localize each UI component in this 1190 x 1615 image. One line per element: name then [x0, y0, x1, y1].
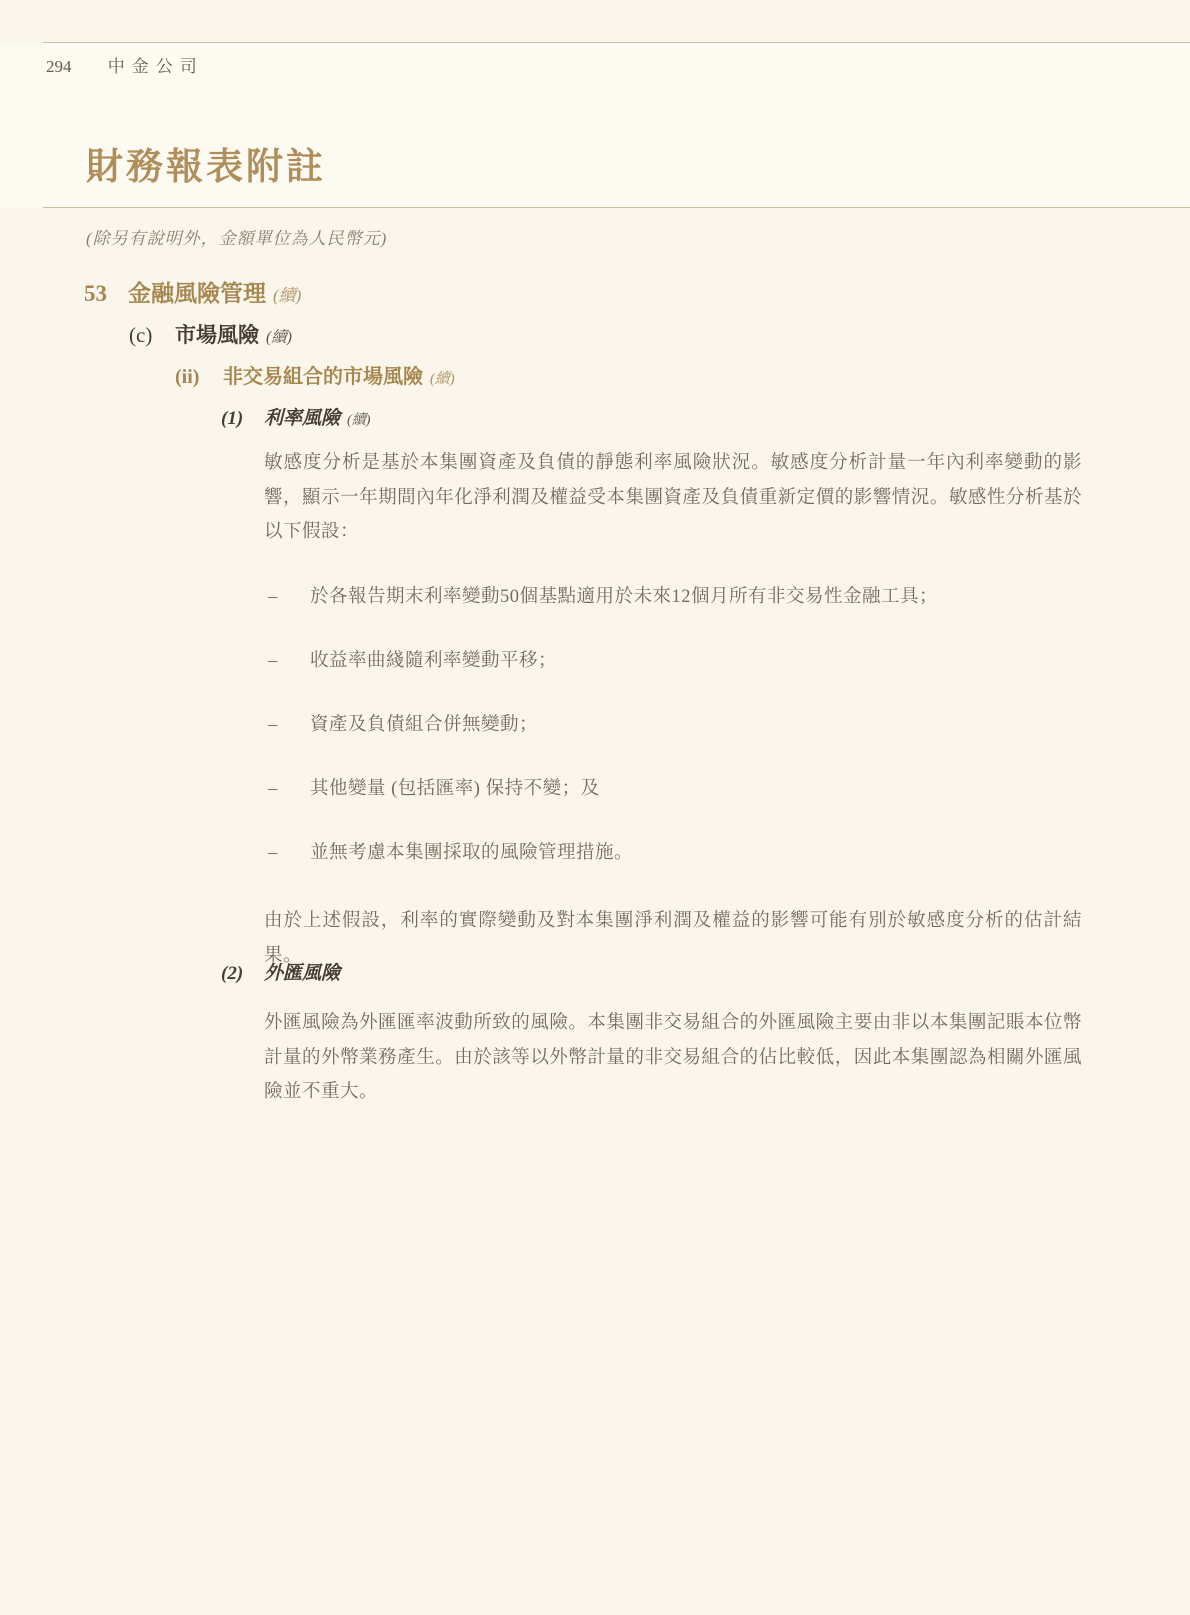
- item-1-title: 利率風險: [264, 408, 340, 429]
- assumption-text: 資產及負債組合併無變動；: [310, 708, 1082, 742]
- assumption-item: – 其他變量 (包括匯率) 保持不變；及: [264, 772, 1082, 806]
- item-1-heading: (1)利率風險(續): [221, 407, 370, 432]
- dash-marker: –: [264, 836, 310, 870]
- section-title: 金融風險管理: [128, 281, 266, 306]
- assumption-text: 並無考慮本集團採取的風險管理措施。: [310, 836, 1082, 870]
- item-2-heading: (2)外匯風險: [221, 962, 340, 987]
- item-2-title: 外匯風險: [264, 963, 340, 984]
- section-number: 53: [84, 279, 128, 309]
- document-page: 294 中金公司 財務報表附註 (除另有說明外，金額單位為人民幣元) 53金融風…: [0, 0, 1190, 1615]
- continued-label: (續): [430, 371, 455, 387]
- company-name: 中金公司: [108, 52, 204, 77]
- currency-unit-note: (除另有說明外，金額單位為人民幣元): [86, 224, 387, 249]
- subsection-ii-title: 非交易組合的市場風險: [223, 366, 423, 388]
- assumption-item: – 於各報告期末利率變動50個基點適用於未來12個月所有非交易性金融工具；: [264, 580, 1082, 614]
- item-2-label: (2): [221, 962, 264, 987]
- title-rule: [43, 207, 1190, 208]
- assumption-text: 收益率曲綫隨利率變動平移；: [310, 644, 1082, 678]
- interest-rate-risk-intro-paragraph: 敏感度分析是基於本集團資產及負債的靜態利率風險狀況。敏感度分析計量一年內利率變動…: [264, 446, 1082, 550]
- assumption-text: 於各報告期末利率變動50個基點適用於未來12個月所有非交易性金融工具；: [310, 580, 1082, 614]
- assumption-item: – 收益率曲綫隨利率變動平移；: [264, 644, 1082, 678]
- assumption-item: – 資產及負債組合併無變動；: [264, 708, 1082, 742]
- item-1-label: (1): [221, 407, 264, 432]
- continued-label: (續): [347, 412, 370, 428]
- interest-rate-risk-conclusion-paragraph: 由於上述假設，利率的實際變動及對本集團淨利潤及權益的影響可能有別於敏感度分析的估…: [264, 904, 1082, 973]
- continued-label: (續): [273, 286, 301, 305]
- dash-marker: –: [264, 580, 310, 614]
- subsection-ii-label: (ii): [175, 364, 223, 390]
- assumption-item: – 並無考慮本集團採取的風險管理措施。: [264, 836, 1082, 870]
- dash-marker: –: [264, 708, 310, 742]
- continued-label: (續): [266, 329, 292, 346]
- header-rule: [43, 42, 1190, 43]
- subsection-c-title: 市場風險: [175, 323, 259, 347]
- subsection-c-label: (c): [129, 322, 175, 349]
- dash-marker: –: [264, 644, 310, 678]
- subsection-ii-heading: (ii)非交易組合的市場風險(續): [175, 364, 455, 390]
- subsection-c-heading: (c)市場風險(續): [129, 322, 292, 349]
- page-number: 294: [46, 57, 72, 77]
- assumption-text: 其他變量 (包括匯率) 保持不變；及: [310, 772, 1082, 806]
- dash-marker: –: [264, 772, 310, 806]
- document-title: 財務報表附註: [86, 147, 326, 190]
- fx-risk-paragraph: 外匯風險為外匯匯率波動所致的風險。本集團非交易組合的外匯風險主要由非以本集團記賬…: [264, 1006, 1082, 1110]
- page-header: 294 中金公司: [46, 52, 204, 77]
- section-53-heading: 53金融風險管理(續): [84, 279, 301, 309]
